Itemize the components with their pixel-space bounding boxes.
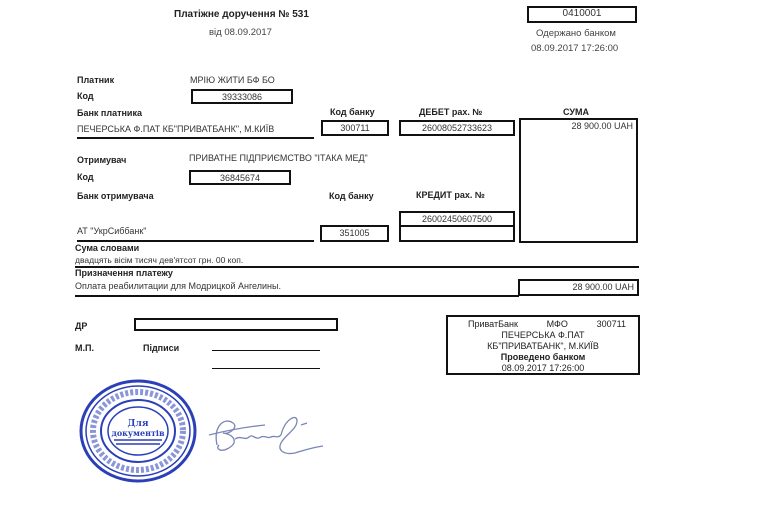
payer-bank-code-box: 300711 bbox=[321, 120, 389, 136]
sum-box: 28 900.00 UAH bbox=[519, 118, 638, 243]
purpose-amount-box: 28 900.00 UAH bbox=[518, 279, 639, 296]
debit-account-label: ДЕБЕТ рах. № bbox=[419, 107, 482, 117]
recipient-bank-name: АТ "УкрСиббанк" bbox=[77, 226, 147, 236]
stamp-mfo-label: МФО bbox=[547, 319, 568, 330]
purpose-underline bbox=[75, 295, 519, 297]
form-code-box: 0410001 bbox=[527, 6, 637, 23]
recipient-bank-underline bbox=[77, 240, 314, 242]
signature-line-2 bbox=[212, 368, 320, 369]
credit-account-empty-box bbox=[399, 225, 515, 242]
recipient-bank-code-label: Код банку bbox=[329, 191, 374, 201]
stamp-mfo: 300711 bbox=[597, 319, 626, 330]
signature-line-1 bbox=[212, 350, 320, 351]
credit-account-label: КРЕДИТ рах. № bbox=[416, 190, 485, 200]
sum-label: СУМА bbox=[563, 107, 589, 117]
sum-amount: 28 900.00 UAH bbox=[571, 121, 633, 131]
payer-code-label: Код bbox=[77, 91, 94, 101]
seal-text-2: документів bbox=[111, 428, 164, 438]
document-date: від 08.09.2017 bbox=[209, 27, 272, 38]
received-label: Одержано банком bbox=[536, 28, 616, 39]
purpose-text: Оплата реабилитации для Модрицкой Ангели… bbox=[75, 281, 281, 291]
company-seal-icon: Для документів bbox=[78, 378, 198, 484]
sum-words-text: двадцять вісім тисяч дев'ятсот грн. 00 к… bbox=[75, 255, 243, 265]
dr-label: ДР bbox=[75, 321, 87, 331]
sum-words-label: Сума словами bbox=[75, 243, 139, 253]
stamp-status: Проведено банком bbox=[448, 352, 638, 363]
signatures-label: Підписи bbox=[143, 343, 179, 353]
recipient-code-label: Код bbox=[77, 172, 94, 182]
payer-bank-label: Банк платника bbox=[77, 108, 142, 118]
recipient-code-box: 36845674 bbox=[189, 170, 291, 185]
document-title: Платіжне доручення № 531 bbox=[174, 9, 309, 20]
payer-bank-code-label: Код банку bbox=[330, 107, 375, 117]
payer-name: МРІЮ ЖИТИ БФ БО bbox=[190, 75, 275, 85]
payer-bank-underline bbox=[77, 137, 314, 139]
recipient-bank-code-box: 351005 bbox=[320, 225, 389, 242]
mp-label: М.П. bbox=[75, 343, 94, 353]
recipient-name: ПРИВАТНЕ ПІДПРИЄМСТВО "ІТАКА МЕД" bbox=[189, 153, 368, 163]
debit-account-box: 26008052733623 bbox=[399, 120, 515, 136]
payer-bank-name: ПЕЧЕРСЬКА Ф.ПАТ КБ"ПРИВАТБАНК", М.КИЇВ bbox=[77, 124, 274, 134]
bank-processing-stamp: ПриватБанк МФО 300711 ПЕЧЕРСЬКА Ф.ПАТ КБ… bbox=[446, 315, 640, 375]
dr-box bbox=[134, 318, 338, 331]
stamp-line-3: КБ"ПРИВАТБАНК", М.КИЇВ bbox=[448, 341, 638, 352]
purpose-label: Призначення платежу bbox=[75, 268, 173, 278]
payer-code-box: 39333086 bbox=[191, 89, 293, 104]
signature-scribble-icon bbox=[205, 405, 325, 465]
stamp-bank-name: ПриватБанк bbox=[468, 319, 518, 330]
recipient-bank-label: Банк отримувача bbox=[77, 191, 154, 201]
recipient-label: Отримувач bbox=[77, 155, 126, 165]
stamp-datetime: 08.09.2017 17:26:00 bbox=[448, 363, 638, 374]
stamp-line-2: ПЕЧЕРСЬКА Ф.ПАТ bbox=[448, 330, 638, 341]
received-datetime: 08.09.2017 17:26:00 bbox=[531, 43, 618, 54]
payer-label: Платник bbox=[77, 75, 114, 85]
